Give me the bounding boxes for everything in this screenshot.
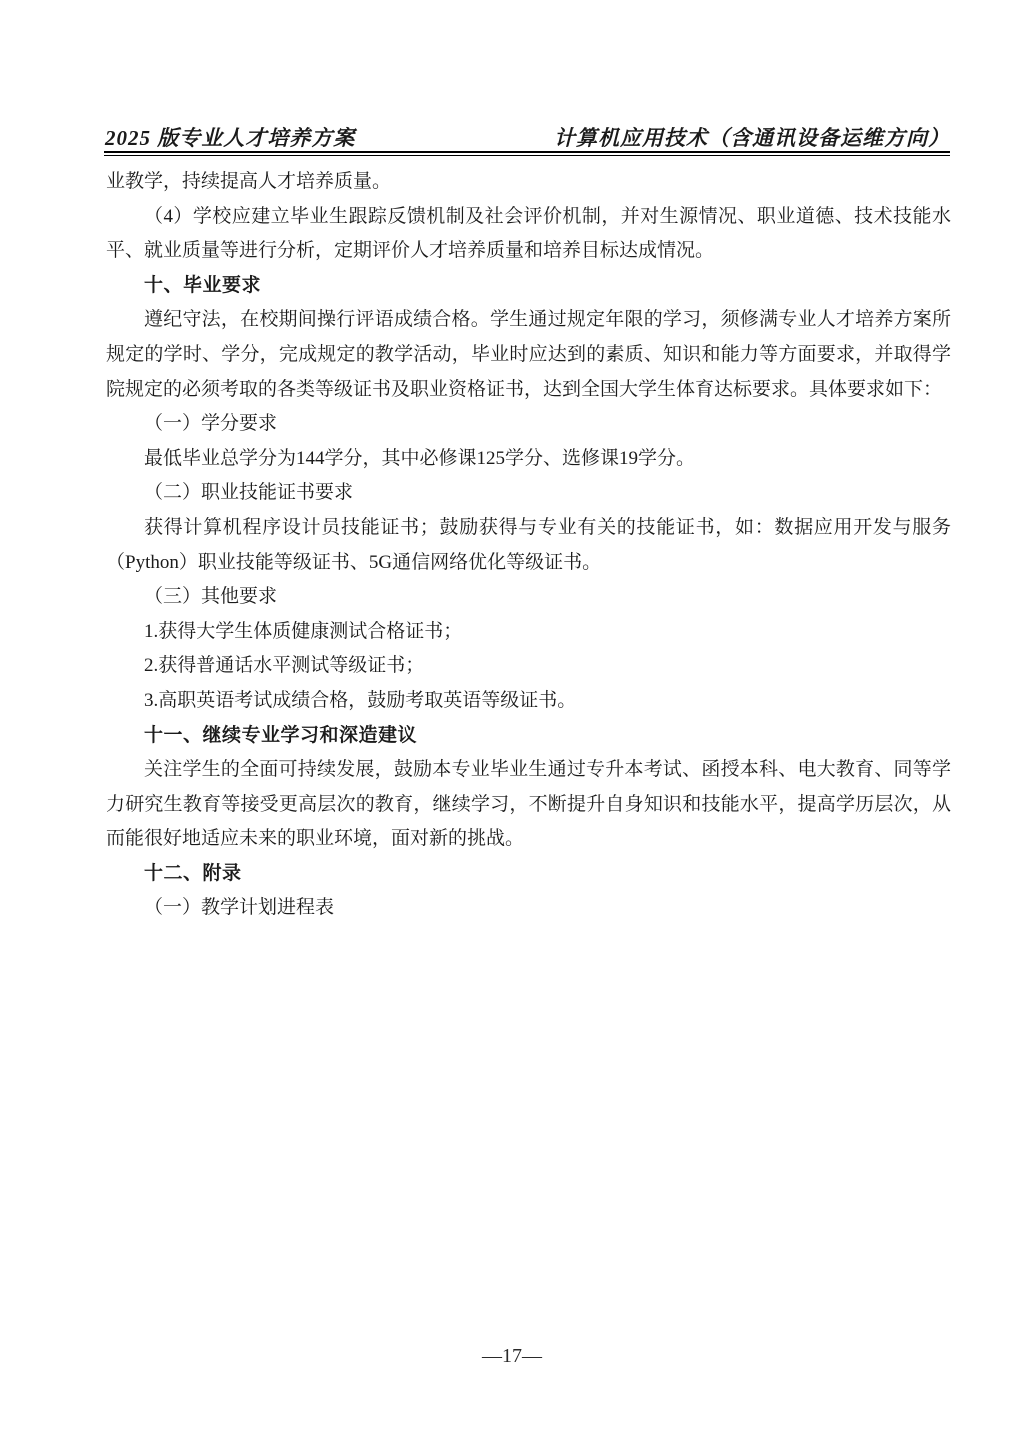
list-item-2: 2.获得普通话水平测试等级证书； [106,649,951,684]
paragraph: 关注学生的全面可持续发展，鼓励本专业毕业生通过专升本考试、函授本科、电大教育、同… [106,753,951,857]
section-heading-10: 十、毕业要求 [106,269,951,304]
paragraph-continuation: 业教学，持续提高人才培养质量。 [106,165,951,200]
page-header: 2025 版专业人才培养方案 计算机应用技术（含通讯设备运维方向） [105,122,950,152]
paragraph: 最低毕业总学分为144学分，其中必修课125学分、选修课19学分。 [106,442,951,477]
list-item-1: 1.获得大学生体质健康测试合格证书； [106,615,951,650]
paragraph: （4）学校应建立毕业生跟踪反馈机制及社会评价机制，并对生源情况、职业道德、技术技… [106,200,951,269]
paragraph: 获得计算机程序设计员技能证书；鼓励获得与专业有关的技能证书，如：数据应用开发与服… [106,511,951,580]
list-item-3: 3.高职英语考试成绩合格，鼓励考取英语等级证书。 [106,684,951,719]
header-divider-rule [104,151,950,156]
subsection-heading: （一）学分要求 [106,407,951,442]
header-left-title: 2025 版专业人才培养方案 [105,122,355,152]
section-heading-12: 十二、附录 [106,857,951,892]
paragraph: 遵纪守法，在校期间操行评语成绩合格。学生通过规定年限的学习，须修满专业人才培养方… [106,303,951,407]
subsection-heading: （一）教学计划进程表 [106,891,951,926]
section-heading-11: 十一、继续专业学习和深造建议 [106,719,951,754]
subsection-heading: （三）其他要求 [106,580,951,615]
subsection-heading: （二）职业技能证书要求 [106,476,951,511]
header-right-title: 计算机应用技术（含通讯设备运维方向） [554,122,950,152]
document-page: 2025 版专业人才培养方案 计算机应用技术（含通讯设备运维方向） 业教学，持续… [0,0,1024,1448]
document-body: 业教学，持续提高人才培养质量。 （4）学校应建立毕业生跟踪反馈机制及社会评价机制… [106,165,951,926]
page-number: —17— [482,1345,542,1367]
page-footer: —17— [0,1345,1024,1368]
